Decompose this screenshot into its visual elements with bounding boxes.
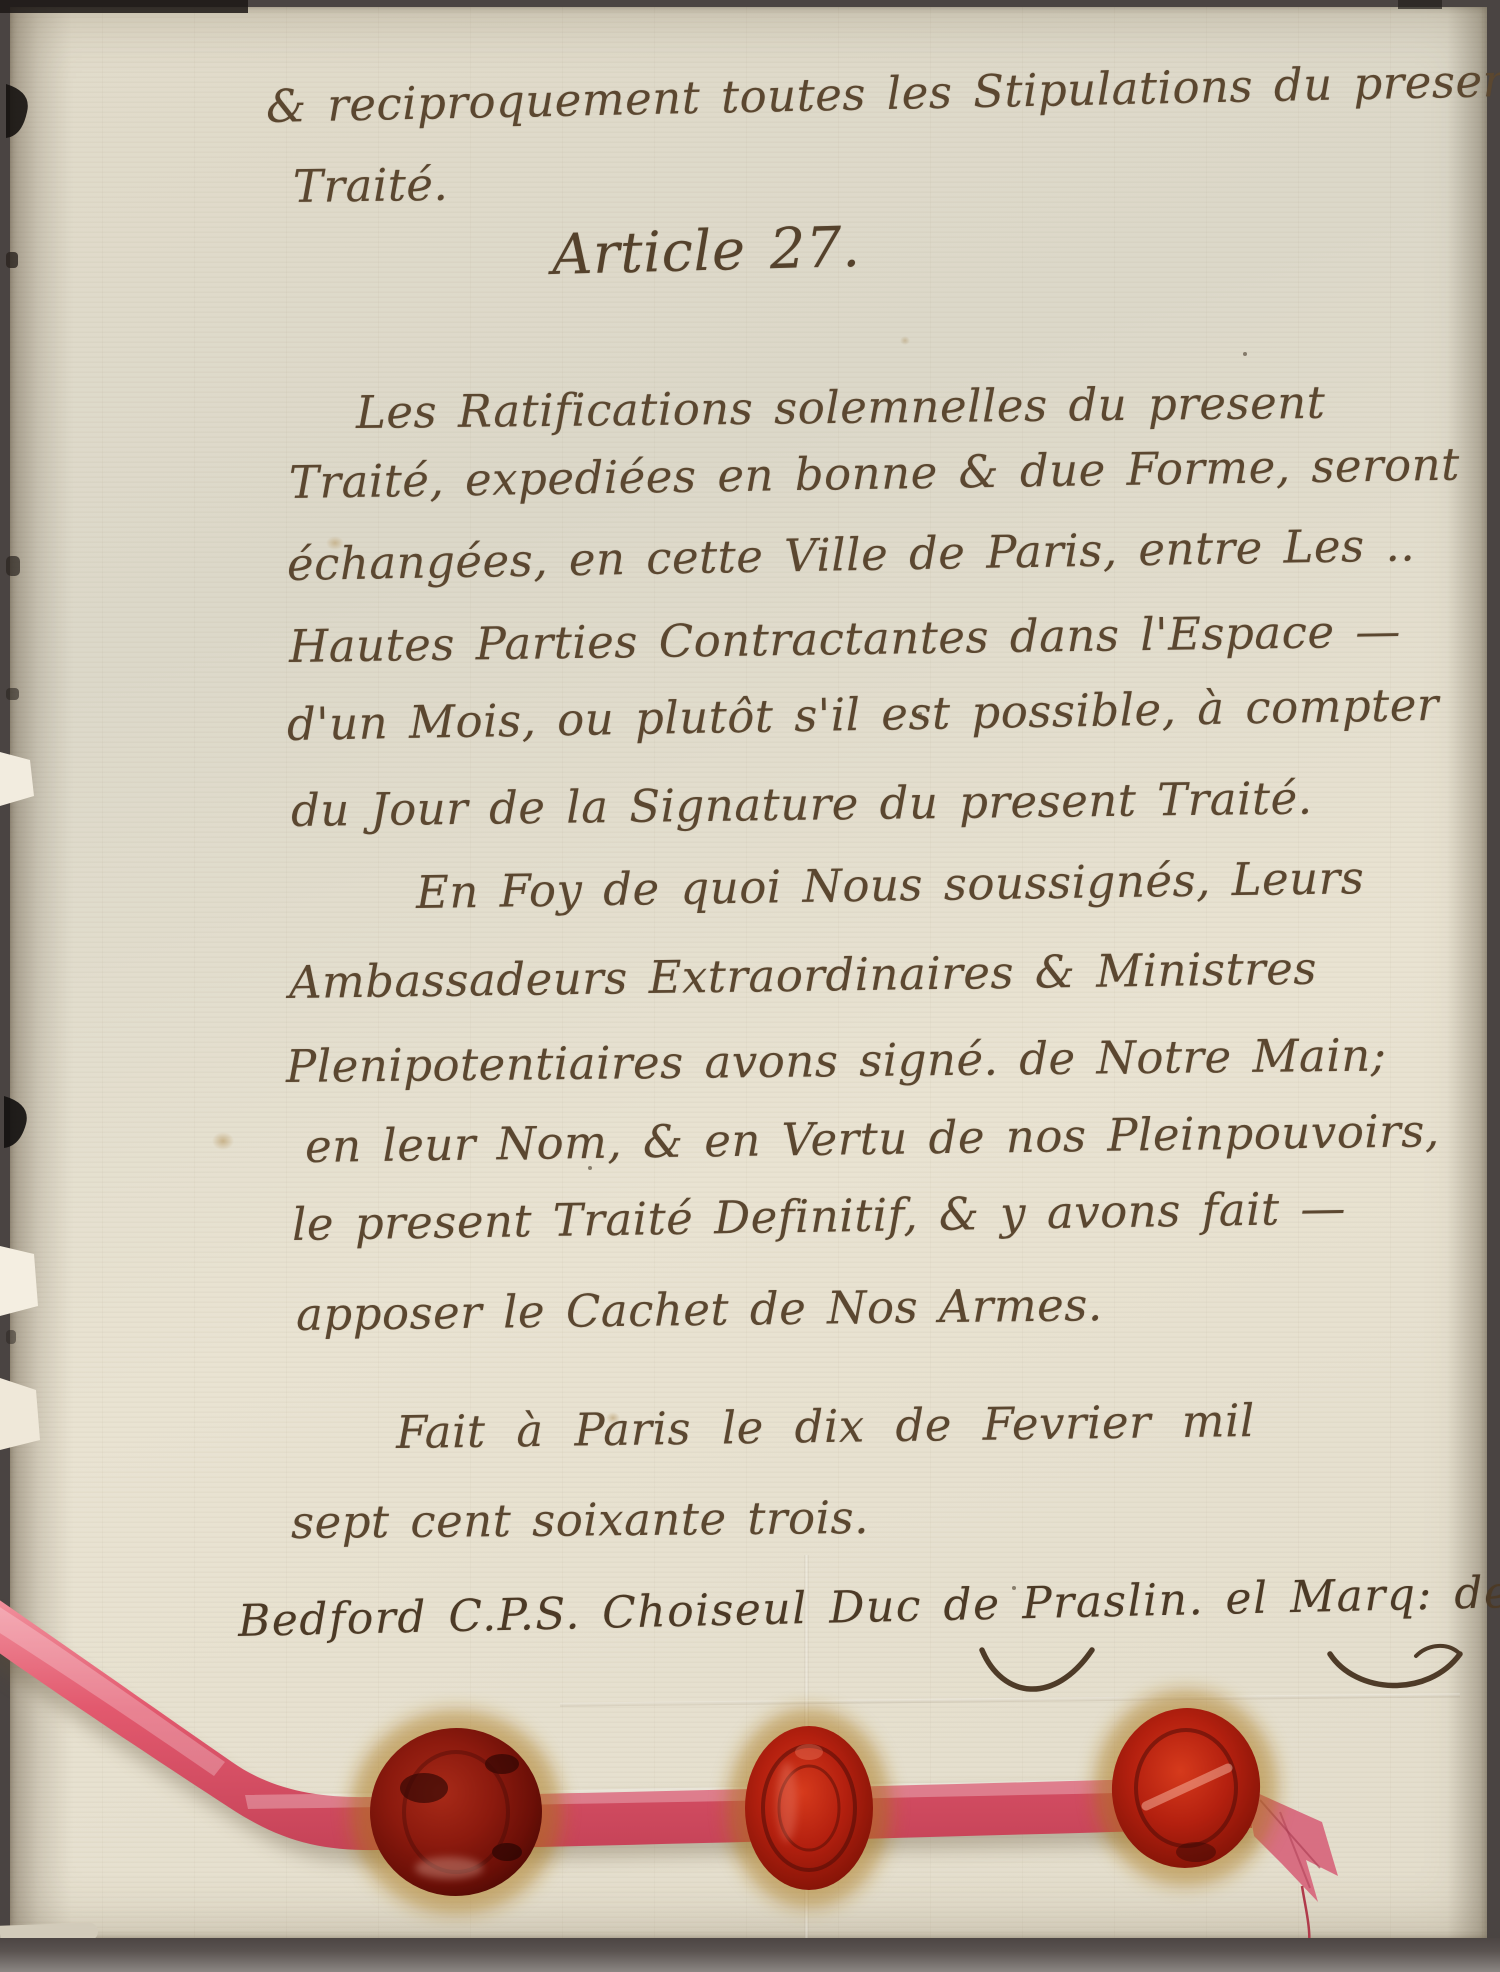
manuscript-line: Traité. [293, 162, 449, 209]
document-scan: & reciproquement toutes les Stipulations… [0, 0, 1500, 1972]
manuscript-line: Ambassadeurs Extraordinaires & Ministres [289, 946, 1317, 1005]
ink-speck [1243, 352, 1247, 356]
binding-edge-shadow [10, 7, 72, 1938]
manuscript-line: Fait à Paris le dix de Fevrier mil [396, 1398, 1255, 1455]
manuscript-line: En Foy de quoi Nous soussignés, Leurs [416, 855, 1365, 915]
manuscript-line: du Jour de la Signature du present Trait… [291, 776, 1313, 833]
scanner-bed-edge [0, 1938, 1500, 1972]
paper-stain [900, 336, 910, 345]
article-heading: Article 27. [551, 220, 861, 284]
manuscript-line: Les Ratifications solemnelles du present [356, 380, 1326, 435]
manuscript-line: apposer le Cachet de Nos Armes. [296, 1282, 1103, 1337]
paper-stain [212, 1132, 234, 1150]
manuscript-line: sept cent soixante trois. [291, 1495, 869, 1545]
page-right-shadow [1447, 7, 1487, 1938]
manuscript-line: Plenipotentiaires avons signé. de Notre … [286, 1032, 1387, 1089]
